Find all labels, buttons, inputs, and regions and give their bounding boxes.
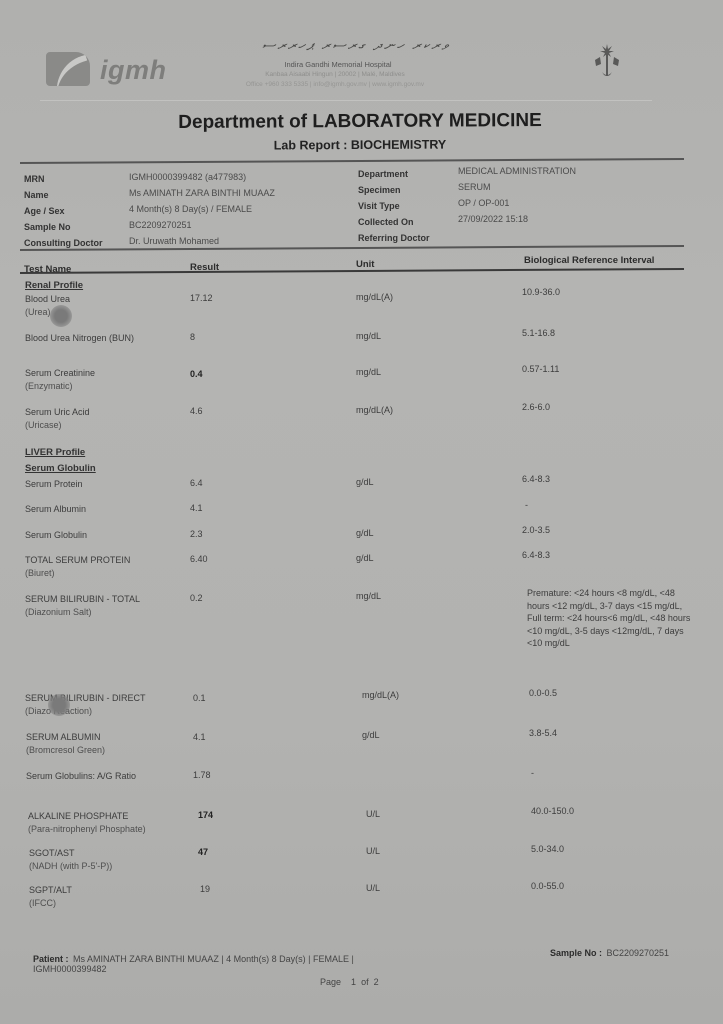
- test-unit: g/dL: [362, 729, 380, 742]
- test-result: 6.4: [190, 477, 203, 490]
- test-result: 4.1: [193, 731, 206, 744]
- test-method: (Diazonium Salt): [25, 606, 140, 619]
- age-sex-value: 4 Month(s) 8 Day(s) / FEMALE: [129, 204, 252, 214]
- test-result: 1.78: [193, 769, 211, 782]
- test-reference: Premature: <24 hours <8 mg/dL, <48 hours…: [527, 587, 697, 650]
- test-reference: 2.6-6.0: [522, 401, 550, 414]
- lab-report-page: igmh ވރކރ ހނދ ގރސރ ޕހރރސ Indira Gandhi M…: [0, 0, 723, 1024]
- table-row-ag-ratio: Serum Globulins: A/G Ratio: [26, 770, 136, 783]
- section-liver-profile: LIVER Profile: [25, 447, 85, 458]
- test-result: 174: [198, 809, 213, 822]
- table-header-divider: [20, 268, 684, 274]
- test-method: (NADH (with P-5'-P)): [29, 860, 112, 873]
- section-renal-profile: Renal Profile: [25, 280, 83, 291]
- report-title: Lab Report : BIOCHEMISTRY: [200, 137, 520, 153]
- test-unit: U/L: [366, 808, 380, 821]
- test-result: 0.1: [193, 692, 206, 705]
- age-sex-label: Age / Sex: [24, 206, 65, 216]
- specimen-label: Specimen: [358, 185, 401, 195]
- test-name: ALKALINE PHOSPHATE: [28, 811, 128, 821]
- test-method: (IFCC): [29, 897, 72, 910]
- test-reference: 6.4-8.3: [522, 549, 550, 562]
- test-name: Blood Urea: [25, 294, 70, 304]
- table-row-alkaline-phosphate: ALKALINE PHOSPHATE (Para-nitrophenyl Pho…: [28, 810, 146, 836]
- table-row-serum-albumin-bcg: SERUM ALBUMIN (Bromcresol Green): [26, 731, 105, 757]
- test-method: (Enzymatic): [25, 380, 95, 393]
- section-serum-globulin: Serum Globulin: [25, 463, 96, 474]
- visit-type-label: Visit Type: [358, 201, 400, 211]
- test-reference: -: [531, 767, 534, 780]
- test-unit: mg/dL: [356, 590, 381, 603]
- test-name: SERUM BILIRUBIN - TOTAL: [25, 594, 140, 604]
- footer-patient-label: Patient :: [33, 954, 69, 964]
- test-reference: 2.0-3.5: [522, 524, 550, 537]
- table-row-total-serum-protein: TOTAL SERUM PROTEIN (Biuret): [25, 554, 130, 580]
- test-name: SGOT/AST: [29, 848, 75, 858]
- consulting-doctor-value: Dr. Uruwath Mohamed: [129, 236, 219, 246]
- logo-text: igmh: [100, 55, 167, 86]
- table-row-bilirubin-direct: SERUM BILIRUBIN - DIRECT (Diazo Reaction…: [25, 692, 146, 718]
- page-current: 1: [351, 977, 356, 987]
- table-row-sgpt-alt: SGPT/ALT (IFCC): [29, 884, 72, 910]
- test-name: Serum Globulins: A/G Ratio: [26, 771, 136, 781]
- test-reference: 5.0-34.0: [531, 843, 564, 856]
- test-result: 0.2: [190, 592, 203, 605]
- test-name: TOTAL SERUM PROTEIN: [25, 555, 130, 565]
- table-row-serum-albumin: Serum Albumin: [25, 503, 86, 516]
- test-reference: 0.57-1.11: [522, 363, 559, 376]
- national-emblem-icon: [592, 42, 622, 82]
- test-unit: g/dL: [356, 552, 374, 565]
- footer-sample-label: Sample No :: [550, 948, 602, 958]
- test-method: (Uricase): [25, 419, 90, 432]
- test-reference: 0.0-55.0: [531, 880, 564, 893]
- divider: [20, 245, 684, 251]
- test-name: SGPT/ALT: [29, 885, 72, 895]
- column-header-unit: Unit: [356, 259, 374, 270]
- test-result: 2.3: [190, 528, 203, 541]
- test-result: 4.1: [190, 502, 203, 515]
- test-unit: U/L: [366, 845, 380, 858]
- redaction-mark: [50, 305, 72, 327]
- test-name: Serum Albumin: [25, 504, 86, 514]
- name-value: Ms AMINATH ZARA BINTHI MUAAZ: [129, 188, 275, 198]
- referring-doctor-label: Referring Doctor: [358, 233, 430, 243]
- test-method: (Bromcresol Green): [26, 744, 105, 757]
- test-reference: 0.0-0.5: [529, 687, 557, 700]
- test-name: Serum Protein: [25, 479, 83, 489]
- test-result: 19: [200, 883, 210, 896]
- test-unit: U/L: [366, 882, 380, 895]
- test-unit: mg/dL(A): [356, 291, 393, 304]
- column-header-reference: Biological Reference Interval: [524, 255, 654, 266]
- test-name: Blood Urea Nitrogen (BUN): [25, 333, 134, 343]
- department-value: MEDICAL ADMINISTRATION: [458, 166, 576, 176]
- test-method: (Diazo Reaction): [25, 705, 146, 718]
- page-total: 2: [374, 977, 379, 987]
- test-name: Serum Globulin: [25, 530, 87, 540]
- test-reference: 40.0-150.0: [531, 805, 574, 818]
- test-result: 8: [190, 331, 195, 344]
- page-label: Page: [320, 977, 341, 987]
- dhivehi-hospital-name: ވރކރ ހނދ ގރސރ ޕހރރސ: [262, 36, 450, 54]
- test-result: 6.40: [190, 553, 208, 566]
- test-reference: 5.1-16.8: [522, 327, 555, 340]
- footer-sample-value: BC2209270251: [606, 948, 669, 958]
- hospital-address: Kanbaa Aisaabi Hingun | 20002 | Malé, Ma…: [200, 71, 470, 78]
- page-indicator: Page 1 of 2: [320, 977, 379, 987]
- test-unit: mg/dL(A): [362, 689, 399, 702]
- test-method: (Biuret): [25, 567, 130, 580]
- test-reference: -: [525, 499, 528, 512]
- table-row-bun: Blood Urea Nitrogen (BUN): [25, 332, 134, 345]
- mrn-label: MRN: [24, 174, 45, 184]
- test-result: 17.12: [190, 292, 213, 305]
- department-title: Department of LABORATORY MEDICINE: [130, 110, 590, 134]
- test-result: 47: [198, 846, 208, 859]
- specimen-value: SERUM: [458, 182, 491, 192]
- redaction-mark: [48, 694, 70, 716]
- table-row-bilirubin-total: SERUM BILIRUBIN - TOTAL (Diazonium Salt): [25, 593, 140, 619]
- department-label: Department: [358, 169, 408, 179]
- test-unit: mg/dL(A): [356, 404, 393, 417]
- test-name: Serum Creatinine: [25, 368, 95, 378]
- divider: [20, 158, 684, 164]
- test-reference: 10.9-36.0: [522, 286, 560, 299]
- hospital-contact: Office +960 333 5335 | info@igmh.gov.mv …: [190, 81, 480, 88]
- footer-sample: Sample No : BC2209270251: [550, 943, 669, 961]
- footer-patient-mrn: IGMH0000399482: [33, 964, 107, 974]
- test-name: SERUM BILIRUBIN - DIRECT: [25, 693, 146, 703]
- test-unit: g/dL: [356, 476, 374, 489]
- test-method: (Para-nitrophenyl Phosphate): [28, 823, 146, 836]
- visit-type-value: OP / OP-001: [458, 198, 509, 208]
- sample-no-label: Sample No: [24, 222, 71, 232]
- igmh-logo-icon: [46, 52, 90, 86]
- test-name: Serum Uric Acid: [25, 407, 90, 417]
- test-name: SERUM ALBUMIN: [26, 732, 101, 742]
- collected-on-label: Collected On: [358, 217, 414, 227]
- hospital-name: Indira Gandhi Memorial Hospital: [248, 60, 428, 69]
- test-reference: 3.8-5.4: [529, 727, 557, 740]
- table-row-serum-creatinine: Serum Creatinine (Enzymatic): [25, 367, 95, 393]
- test-reference: 6.4-8.3: [522, 473, 550, 486]
- test-result: 0.4: [190, 368, 203, 381]
- page-of: of: [361, 977, 369, 987]
- test-unit: mg/dL: [356, 330, 381, 343]
- test-unit: mg/dL: [356, 366, 381, 379]
- test-unit: g/dL: [356, 527, 374, 540]
- table-row-serum-globulin: Serum Globulin: [25, 529, 87, 542]
- footer-patient-value: Ms AMINATH ZARA BINTHI MUAAZ | 4 Month(s…: [73, 954, 354, 964]
- mrn-value: IGMH0000399482 (a477983): [129, 172, 246, 182]
- sample-no-value: BC2209270251: [129, 220, 192, 230]
- table-row-serum-uric-acid: Serum Uric Acid (Uricase): [25, 406, 90, 432]
- test-result: 4.6: [190, 405, 203, 418]
- table-row-sgot-ast: SGOT/AST (NADH (with P-5'-P)): [29, 847, 112, 873]
- name-label: Name: [24, 190, 49, 200]
- collected-on-value: 27/09/2022 15:18: [458, 214, 528, 224]
- header-divider: [40, 100, 652, 101]
- table-row-serum-protein: Serum Protein: [25, 478, 83, 491]
- consulting-doctor-label: Consulting Doctor: [24, 238, 103, 248]
